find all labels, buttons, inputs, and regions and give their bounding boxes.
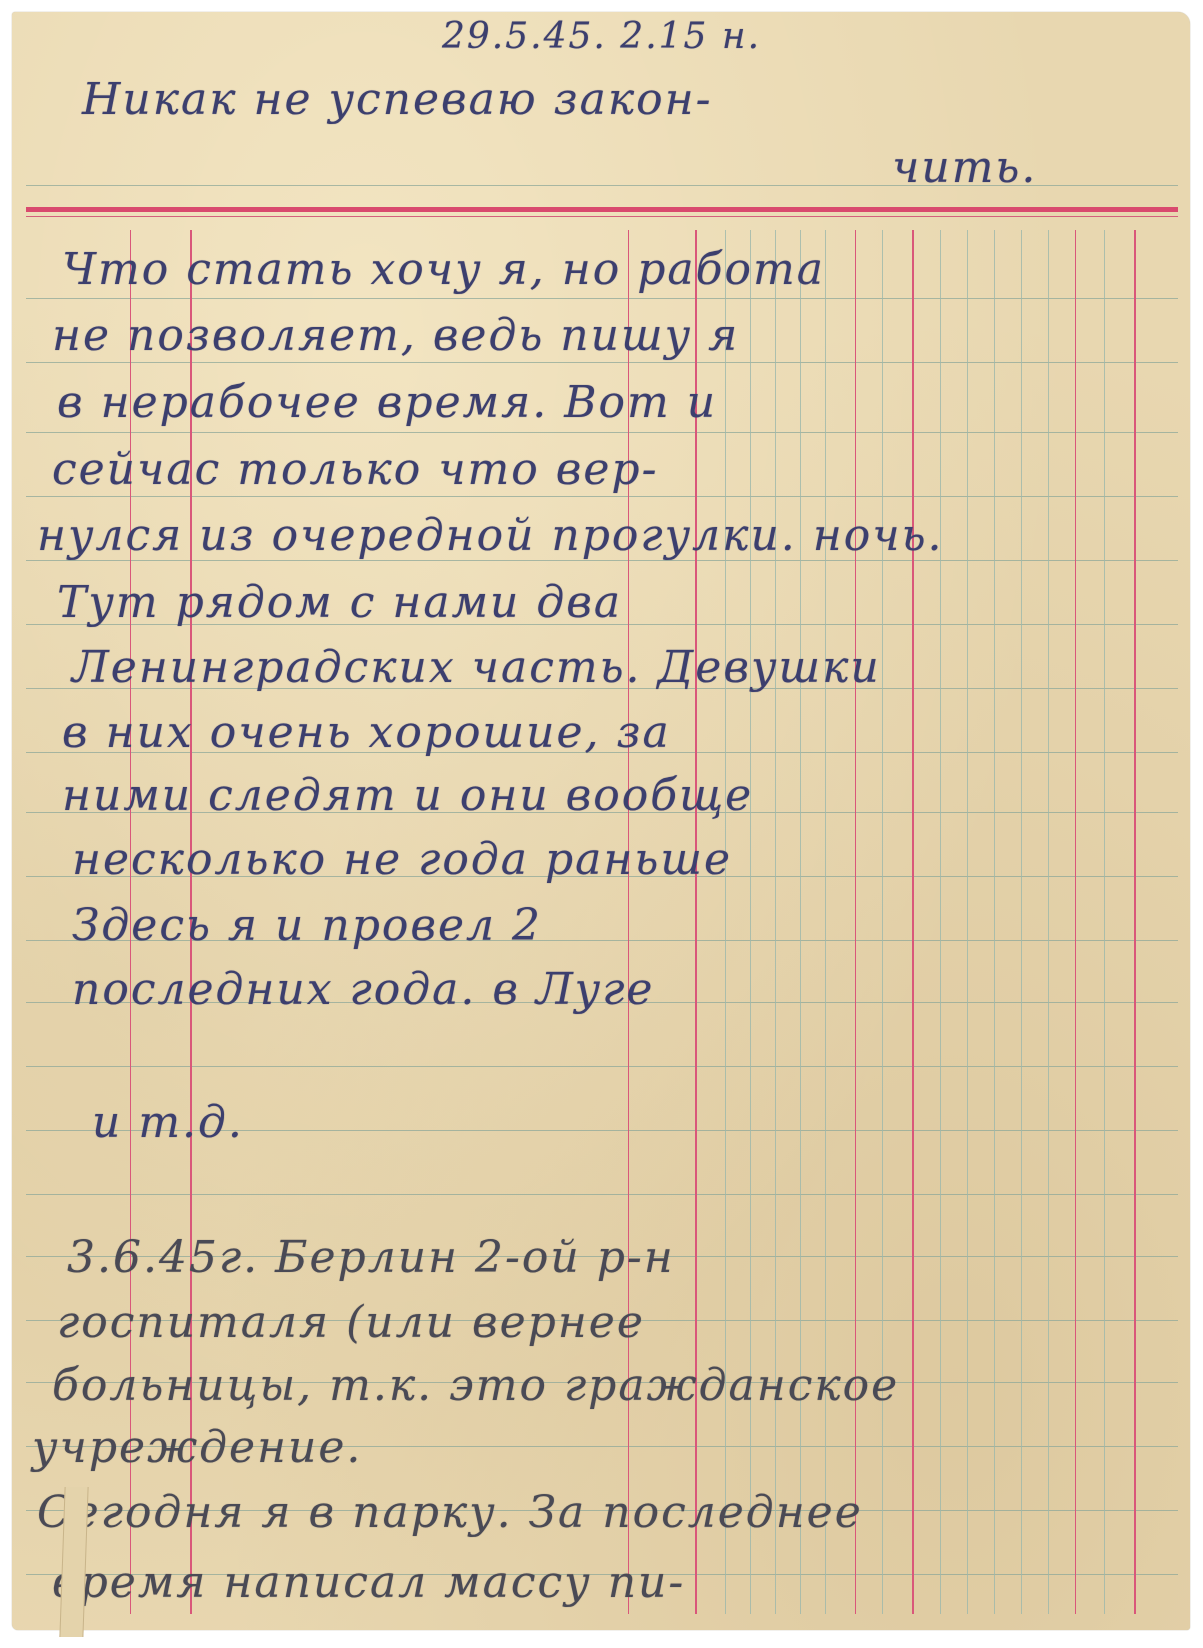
entry-line: Никак не успеваю закон- (82, 74, 712, 125)
entry-line: Что стать хочу я, но работа (62, 244, 825, 295)
entry-line: учреждение. (32, 1422, 362, 1473)
rule-line (26, 298, 1178, 299)
grid-rule (1104, 230, 1105, 1614)
entry-line: больницы, т.к. это гражданское (52, 1360, 899, 1411)
grid-rule (994, 230, 995, 1614)
grid-rule (940, 230, 941, 1614)
rule-line (26, 1066, 1178, 1067)
entry-date: 29.5.45. 2.15 н. (442, 16, 761, 57)
rule-line (26, 496, 1178, 497)
grid-rule (1021, 230, 1022, 1614)
entry-line: последних года. в Луге (72, 964, 654, 1015)
rule-line (26, 1194, 1178, 1195)
column-rule (1134, 230, 1136, 1614)
entry-line: Сегодня я в парку. За последнее (37, 1487, 863, 1538)
entry-line: госпиталя (или вернее (57, 1297, 645, 1348)
entry-line: не позволяет, ведь пишу я (52, 310, 739, 361)
entry-line: и т.д. (92, 1097, 244, 1148)
grid-rule (1048, 230, 1049, 1614)
entry-line: в них очень хорошие, за (62, 707, 671, 758)
header-red-rule-thin (26, 216, 1178, 217)
entry-line: сейчас только что вер- (52, 444, 658, 495)
entry-line: ними следят и они вообще (62, 770, 753, 821)
entry-line: время написал массу пи- (52, 1557, 685, 1608)
rule-line (26, 432, 1178, 433)
header-red-rule (26, 207, 1178, 212)
entry-line: Тут рядом с нами два (57, 577, 622, 628)
rule-line (26, 362, 1178, 363)
entry-line: Здесь я и провел 2 (72, 900, 542, 951)
grid-rule (967, 230, 968, 1614)
entry-line: в нерабочее время. Вот и (57, 377, 717, 428)
entry-line: Ленинградских часть. Девушки (72, 642, 881, 693)
column-rule (1075, 230, 1076, 1614)
ledger-page: 29.5.45. 2.15 н. Никак не успеваю закон-… (12, 12, 1190, 1630)
binding-tape (59, 1487, 88, 1637)
column-rule (912, 230, 914, 1614)
entry-line: несколько не года раньше (72, 834, 732, 885)
entry-line: чить. (892, 142, 1037, 193)
entry-line: нулся из очередной прогулки. ночь. (37, 510, 944, 561)
entry-line: 3.6.45г. Берлин 2-ой р-н (67, 1232, 675, 1283)
